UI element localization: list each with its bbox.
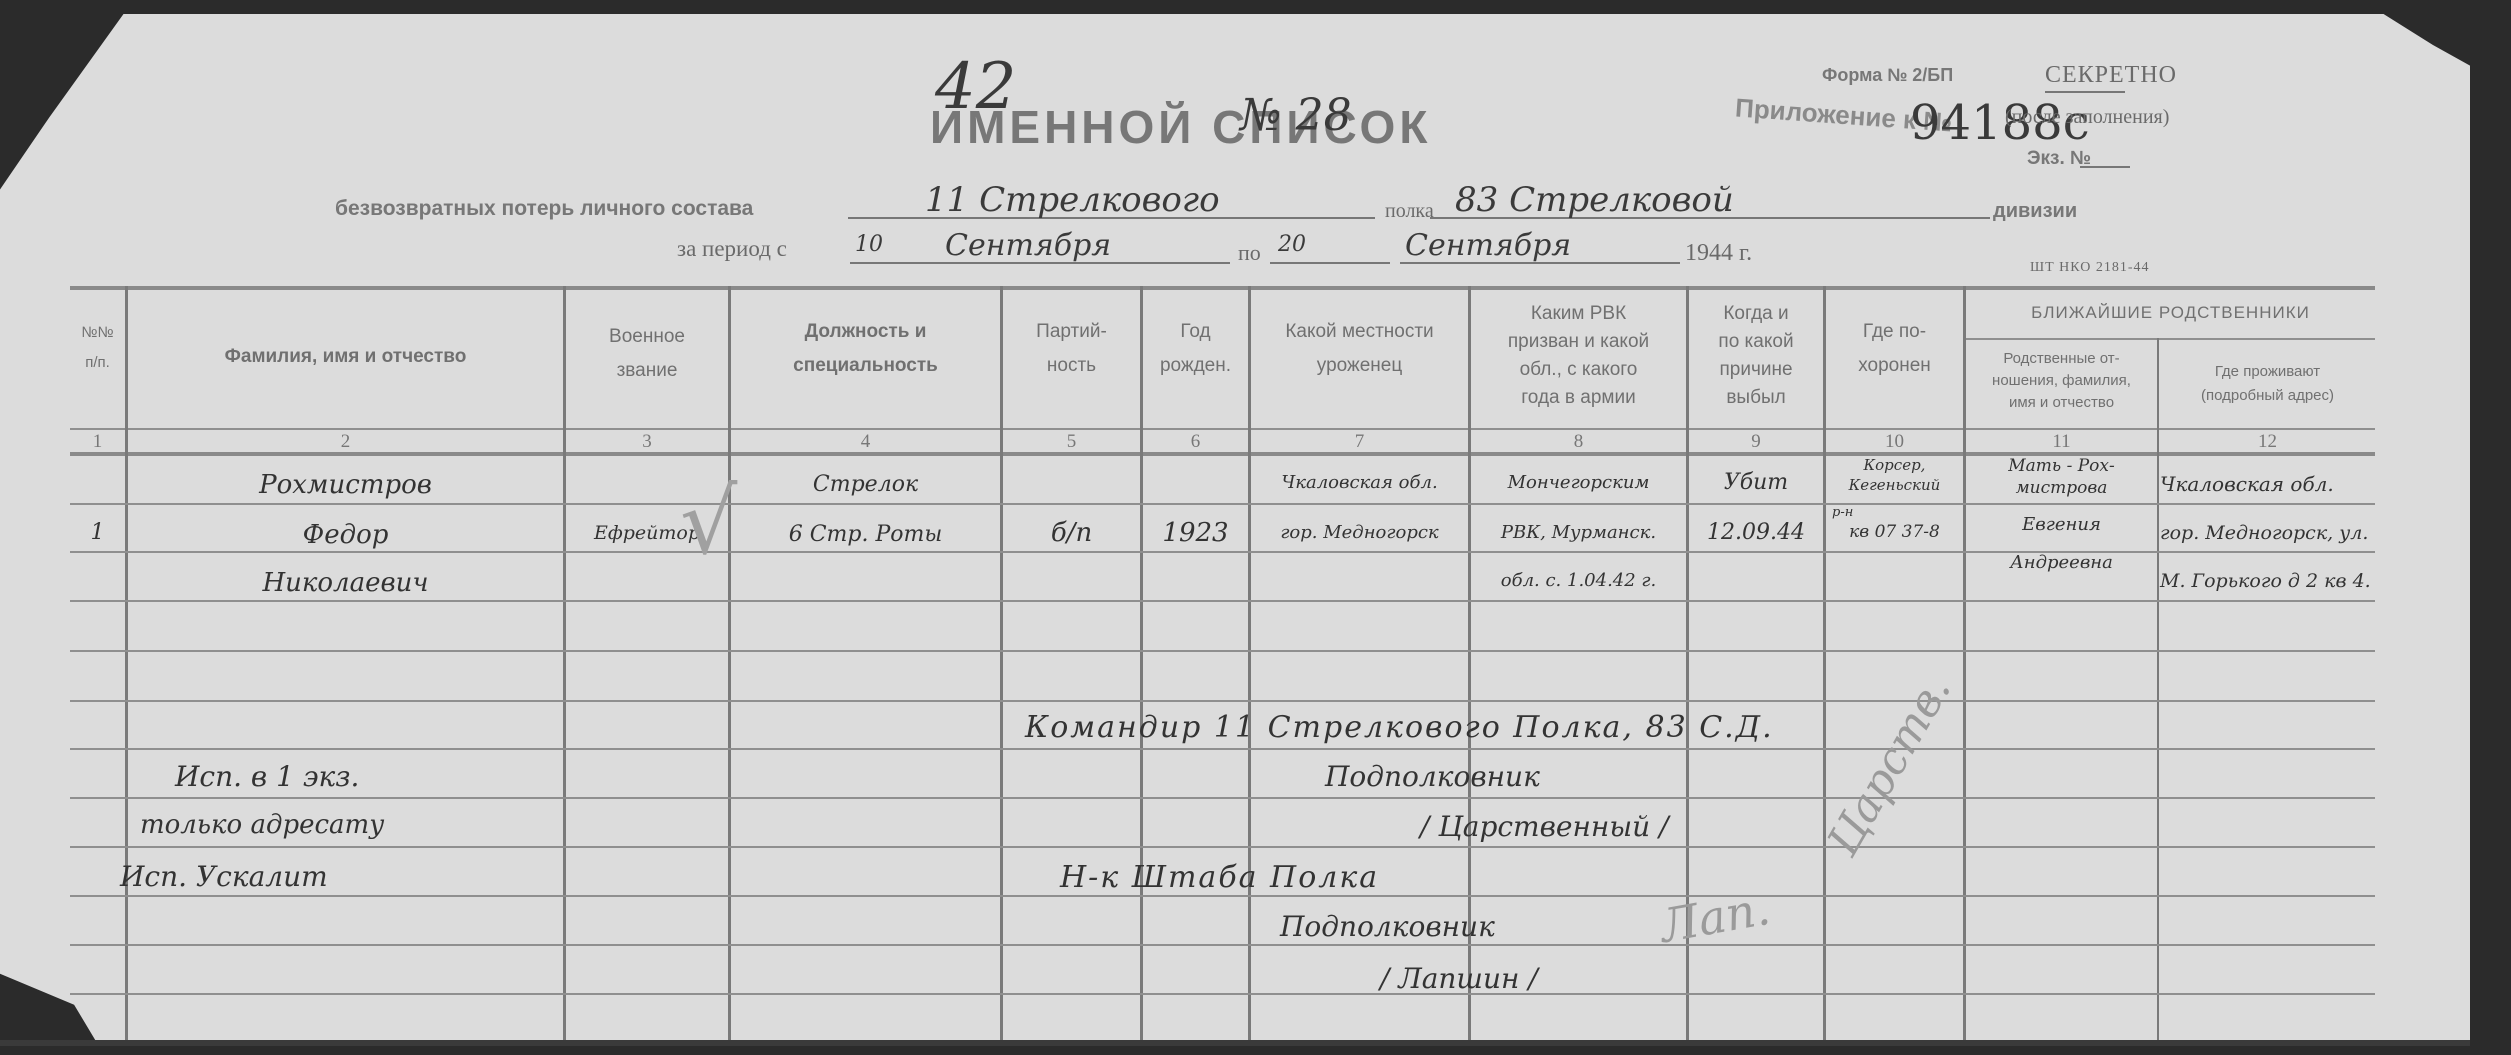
col-header-7: Какой местностиуроженец <box>1251 315 1468 383</box>
col-number-9: 9 <box>1689 431 1823 453</box>
col-number-5: 5 <box>1003 431 1140 453</box>
commander-rank: Подполковник <box>1325 760 1725 793</box>
col-header-4: Должность испециальность <box>731 315 1000 383</box>
col-number-7: 7 <box>1251 431 1468 453</box>
name-first: Федор <box>128 520 563 550</box>
col-number-4: 4 <box>731 431 1000 453</box>
header-number-divider <box>70 428 2375 430</box>
address-2: гор. Медногорск, ул. <box>2160 522 2400 544</box>
draft-office-2: РВК, Мурманск. <box>1471 522 1686 543</box>
col-header-6: Годрожден. <box>1143 315 1248 383</box>
draft-office-1: Мончегорским <box>1471 472 1686 493</box>
burial-4: кв 07 37-8 <box>1826 522 1963 542</box>
chief-of-staff-line: Н-к Штаба Полка <box>1060 860 1660 895</box>
name-surname: Рохмистров <box>128 470 563 500</box>
birthplace-city: гор. Медногорск <box>1251 522 1468 543</box>
col-number-6: 6 <box>1143 431 1248 453</box>
draft-office-3: обл. с. 1.04.42 г. <box>1471 570 1686 591</box>
col-number-8: 8 <box>1471 431 1686 453</box>
reason-value: Убит <box>1689 470 1823 495</box>
death-date: 12.09.44 <box>1689 520 1823 545</box>
relatives-group-header: БЛИЖАЙШИЕ РОДСТВЕННИКИ <box>1966 296 2375 330</box>
form-number: Форма № 2/БП <box>1822 65 1953 86</box>
col-header-5: Партий-ность <box>1003 315 1140 383</box>
col-header-3: Военноезвание <box>566 320 728 388</box>
col-header-12: Где проживают(подробный адрес) <box>2160 360 2375 408</box>
col-header-11: Родственные от-ношения, фамилия,имя и от… <box>1966 348 2157 414</box>
row-index: 1 <box>70 520 125 545</box>
col-header-2: Фамилия, имя и отчество <box>128 340 563 374</box>
year: 1944 г. <box>1685 240 1752 267</box>
printer-mark: ШТ НКО 2181-44 <box>2030 260 2150 276</box>
period-from-day: 10 <box>855 232 883 257</box>
name-patronymic: Николаевич <box>128 568 563 598</box>
period-to-month: Сентября <box>1405 228 1571 263</box>
list-number: № 28 <box>1240 90 1352 141</box>
regiment-label: полка <box>1385 200 1434 223</box>
page-title: ИМЕННОЙ СПИСОК <box>930 100 1431 154</box>
col-number-10: 10 <box>1826 431 1963 453</box>
note-line-2: только адресату <box>140 810 480 840</box>
division-label: дивизии <box>1993 200 2077 223</box>
relative-2: мистрова <box>1966 478 2157 498</box>
period-label: за период с <box>677 236 787 262</box>
chief-of-staff-rank: Подполковник <box>1280 910 1680 943</box>
address-1: Чкаловская обл. <box>2160 472 2400 496</box>
period-to-day: 20 <box>1278 232 1306 257</box>
division-value: 83 Стрелковой <box>1455 180 1734 220</box>
col-number-11: 11 <box>1966 431 2157 453</box>
burial-2: Кегеньский <box>1826 476 1963 494</box>
burial-3: р-н <box>1826 505 1969 520</box>
regiment-value: 11 Стрелкового <box>925 180 1220 220</box>
col-header-1: №№п/п. <box>70 318 125 378</box>
col-header-9: Когда ипо какойпричиневыбыл <box>1689 300 1823 412</box>
note-line-1: Исп. в 1 экз. <box>175 760 475 793</box>
relative-1: Мать - Рох- <box>1966 456 2157 476</box>
col-number-12: 12 <box>2160 431 2375 453</box>
secrecy-label: СЕКРЕТНО <box>2045 62 2177 89</box>
period-from-month: Сентября <box>945 228 1111 263</box>
losses-label: безвозвратных потерь личного состава <box>335 197 753 221</box>
commander-name: / Царственный / <box>1420 810 1820 843</box>
position-unit: 6 Стр. Роты <box>731 522 1000 547</box>
after-filling-note: (после заполнения) <box>2005 106 2169 129</box>
col-number-3: 3 <box>566 431 728 453</box>
chief-of-staff-name: / Лапшин / <box>1380 962 1780 995</box>
address-3: М. Горького д 2 кв 4. <box>2160 570 2400 592</box>
period-to-label: по <box>1238 240 1261 266</box>
position-title: Стрелок <box>731 472 1000 497</box>
note-line-3: Исп. Ускалит <box>120 860 460 893</box>
relative-3: Евгения <box>1966 514 2157 535</box>
burial-1: Корсер, <box>1826 456 1963 474</box>
col-number-1: 1 <box>70 431 125 453</box>
table-top-border <box>70 286 2375 290</box>
col-header-8: Каким РВКпризван и какойобл., с какогого… <box>1471 300 1686 412</box>
relatives-group-divider <box>1963 338 2375 340</box>
relative-4: Андреевна <box>1966 552 2157 573</box>
commander-line: Командир 11 Стрелкового Полка, 83 С.Д. <box>1025 710 1925 745</box>
checkmark-icon: √ <box>680 470 737 575</box>
birth-year: 1923 <box>1143 518 1248 548</box>
party-value: б/п <box>1003 518 1140 548</box>
birthplace-region: Чкаловская обл. <box>1251 472 1468 493</box>
col-number-2: 2 <box>128 431 563 453</box>
col-header-10: Где по-хоронен <box>1826 315 1963 383</box>
